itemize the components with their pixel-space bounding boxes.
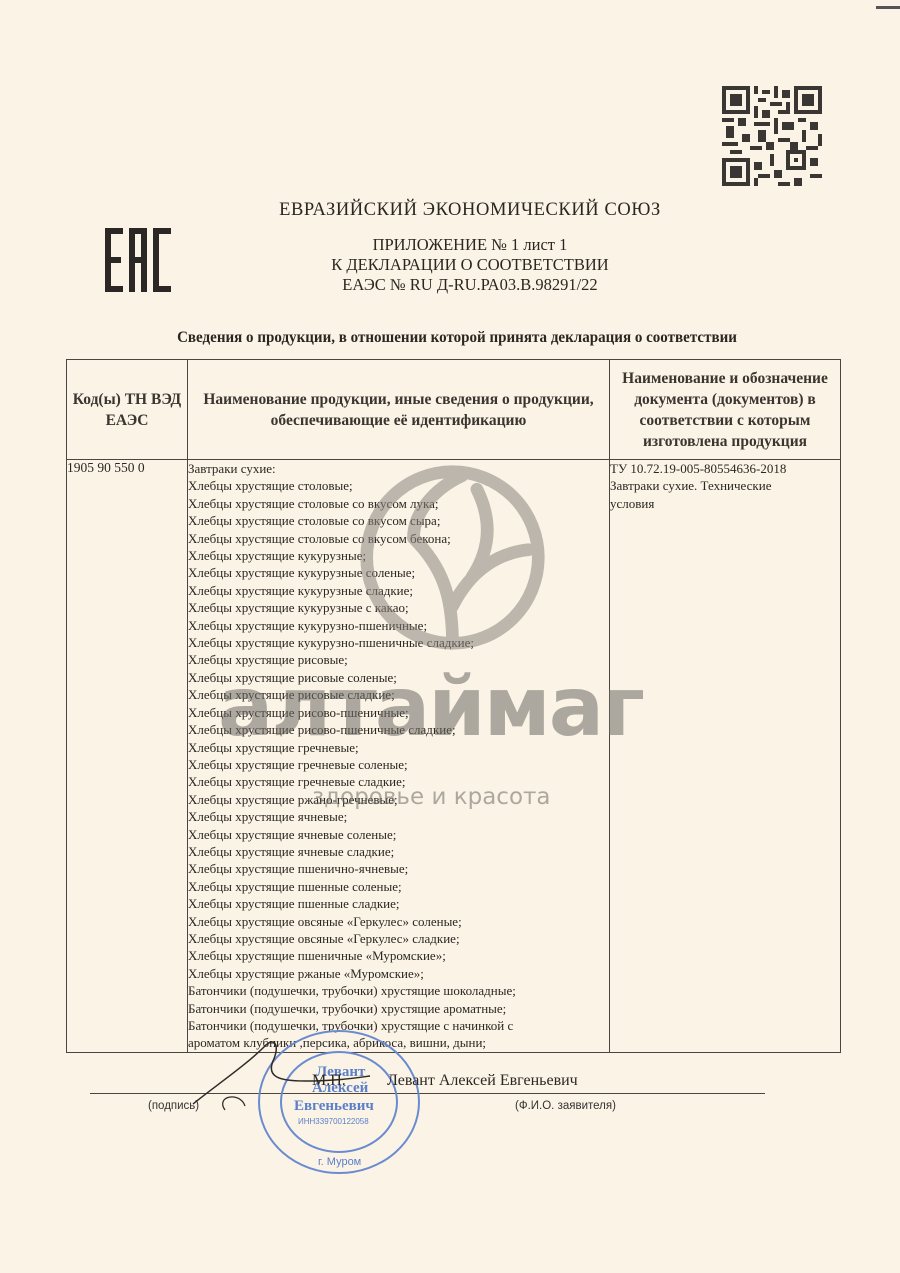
table-header-row: Код(ы) ТН ВЭД ЕАЭС Наименование продукци… bbox=[67, 360, 841, 460]
standard-doc-cell: ТУ 10.72.19-005-80554636-2018 Завтраки с… bbox=[610, 460, 841, 1053]
standard-code: ТУ 10.72.19-005-80554636-2018 bbox=[610, 460, 840, 477]
union-title: ЕВРАЗИЙСКИЙ ЭКОНОМИЧЕСКИЙ СОЮЗ bbox=[0, 200, 900, 221]
watermark-brand: алтаймаг bbox=[218, 660, 643, 755]
appendix-heading: ПРИЛОЖЕНИЕ № 1 лист 1 К ДЕКЛАРАЦИИ О СОО… bbox=[0, 235, 900, 295]
list-item: Хлебцы хрустящие пшенные сладкие; bbox=[188, 895, 609, 912]
svg-text:г. Муром: г. Муром bbox=[318, 1156, 361, 1168]
handwritten-signature bbox=[185, 1036, 375, 1116]
signature-caption: (подпись) bbox=[148, 1100, 199, 1112]
qr-code-icon bbox=[720, 86, 824, 186]
standard-title: Завтраки сухие. Технические bbox=[610, 477, 840, 494]
declaration-heading: К ДЕКЛАРАЦИИ О СООТВЕТСТВИИ bbox=[40, 255, 900, 275]
svg-text:ИНН339700122058: ИНН339700122058 bbox=[298, 1117, 369, 1126]
list-item: Хлебцы хрустящие пшенично-ячневые; bbox=[188, 860, 609, 877]
list-item: Хлебцы хрустящие гречневые соленые; bbox=[188, 756, 609, 773]
list-item: Хлебцы хрустящие овсяные «Геркулес» слад… bbox=[188, 930, 609, 947]
list-item: Хлебцы хрустящие овсяные «Геркулес» соле… bbox=[188, 913, 609, 930]
list-item: Хлебцы хрустящие ячневые сладкие; bbox=[188, 843, 609, 860]
section-subtitle: Сведения о продукции, в отношении которо… bbox=[86, 329, 829, 347]
stamp-place-label: М.П. bbox=[312, 1072, 346, 1090]
header-product-name: Наименование продукции, иные сведения о … bbox=[188, 360, 610, 460]
appendix-line: ПРИЛОЖЕНИЕ № 1 лист 1 bbox=[40, 235, 900, 255]
watermark-tagline: здоровье и красота bbox=[312, 784, 551, 810]
list-item: Батончики (подушечки, трубочки) хрустящи… bbox=[188, 1000, 609, 1017]
declaration-number: ЕАЭС № RU Д-RU.РА03.В.98291/22 bbox=[40, 275, 900, 295]
scan-edge-mark bbox=[876, 6, 900, 9]
list-item: Хлебцы хрустящие пшеничные «Муромские»; bbox=[188, 947, 609, 964]
list-item: Хлебцы хрустящие ячневые; bbox=[188, 808, 609, 825]
list-item: Хлебцы хрустящие ячневые соленые; bbox=[188, 826, 609, 843]
list-item: Хлебцы хрустящие ржаные «Муромские»; bbox=[188, 965, 609, 982]
header-standard-doc: Наименование и обозначение документа (до… bbox=[610, 360, 841, 460]
header-code: Код(ы) ТН ВЭД ЕАЭС bbox=[67, 360, 188, 460]
hs-code-cell: 1905 90 550 0 bbox=[67, 460, 188, 1053]
list-item: Хлебцы хрустящие пшенные соленые; bbox=[188, 878, 609, 895]
name-caption: (Ф.И.О. заявителя) bbox=[515, 1100, 616, 1112]
watermark-leaf-logo-icon bbox=[355, 460, 550, 655]
standard-title-cont: условия bbox=[610, 495, 840, 512]
applicant-name: Левант Алексей Евгеньевич bbox=[387, 1072, 578, 1090]
list-item: Батончики (подушечки, трубочки) хрустящи… bbox=[188, 982, 609, 999]
